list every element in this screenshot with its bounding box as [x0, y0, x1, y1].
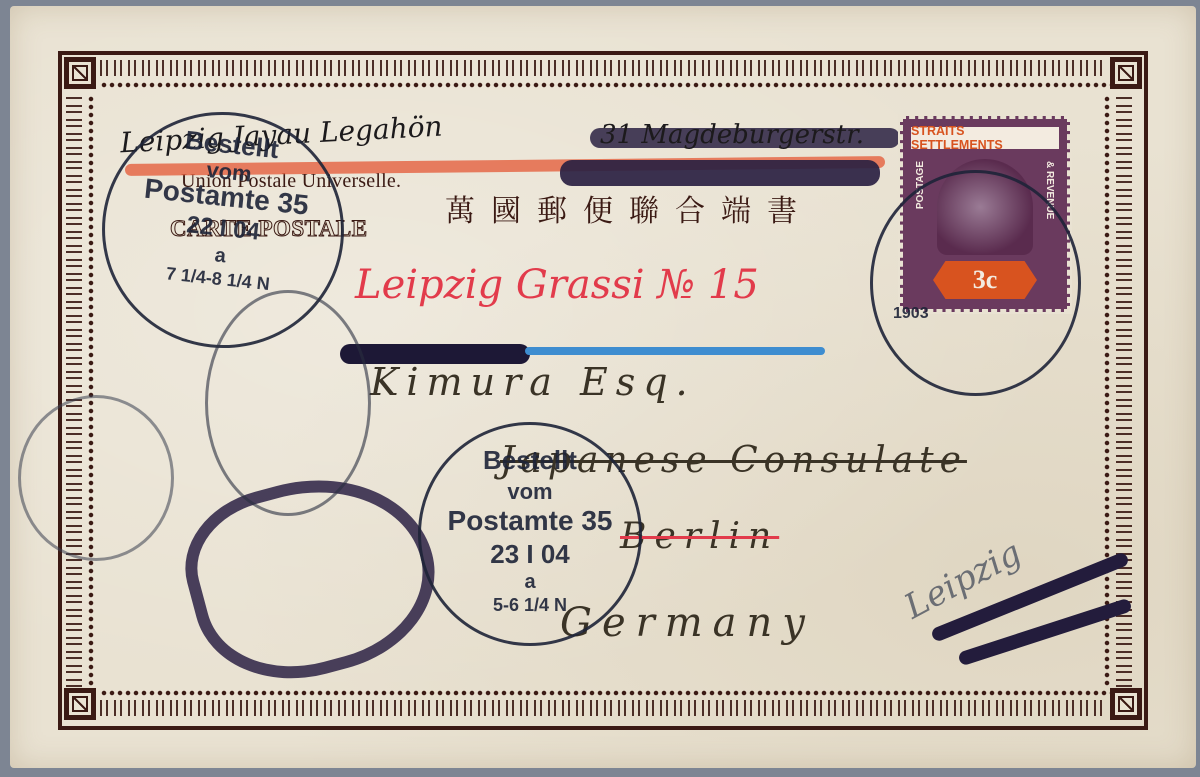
left-ornament-band [66, 95, 82, 687]
corner-ornament-icon [1110, 57, 1142, 89]
bottom-scallop [100, 690, 1110, 696]
recipient-name: Kimura Esq. [370, 360, 696, 404]
postmark-year: 1903 [893, 305, 1078, 323]
handwritten-struck-address: 31 Magdeburgerstr. [600, 120, 864, 150]
faint-postmark [205, 290, 371, 516]
top-scallop [100, 82, 1110, 88]
singapore-postmark: 1903 [870, 170, 1081, 396]
right-scallop [1104, 95, 1110, 687]
corner-ornament-icon [1110, 688, 1142, 720]
top-ornament-band [100, 60, 1105, 76]
bestellt-postmark-2: Bestellt vom Postamte 35 23 I 04 a 5-6 1… [418, 422, 642, 646]
corner-ornament-icon [64, 57, 96, 89]
stamp-country: STRAITS SETTLEMENTS [911, 127, 1059, 149]
struck-city: Berlin [620, 516, 779, 557]
red-redirect-address: Leipzig Grassi № 15 [355, 262, 759, 308]
purple-crayon-strike [560, 160, 880, 186]
left-scallop [88, 95, 94, 687]
faint-postmark-left [18, 395, 174, 561]
blue-crayon-strike [525, 347, 825, 355]
chinese-title: 萬國郵便聯合端書 [445, 186, 813, 230]
corner-ornament-icon [64, 688, 96, 720]
bottom-ornament-band [100, 700, 1105, 716]
